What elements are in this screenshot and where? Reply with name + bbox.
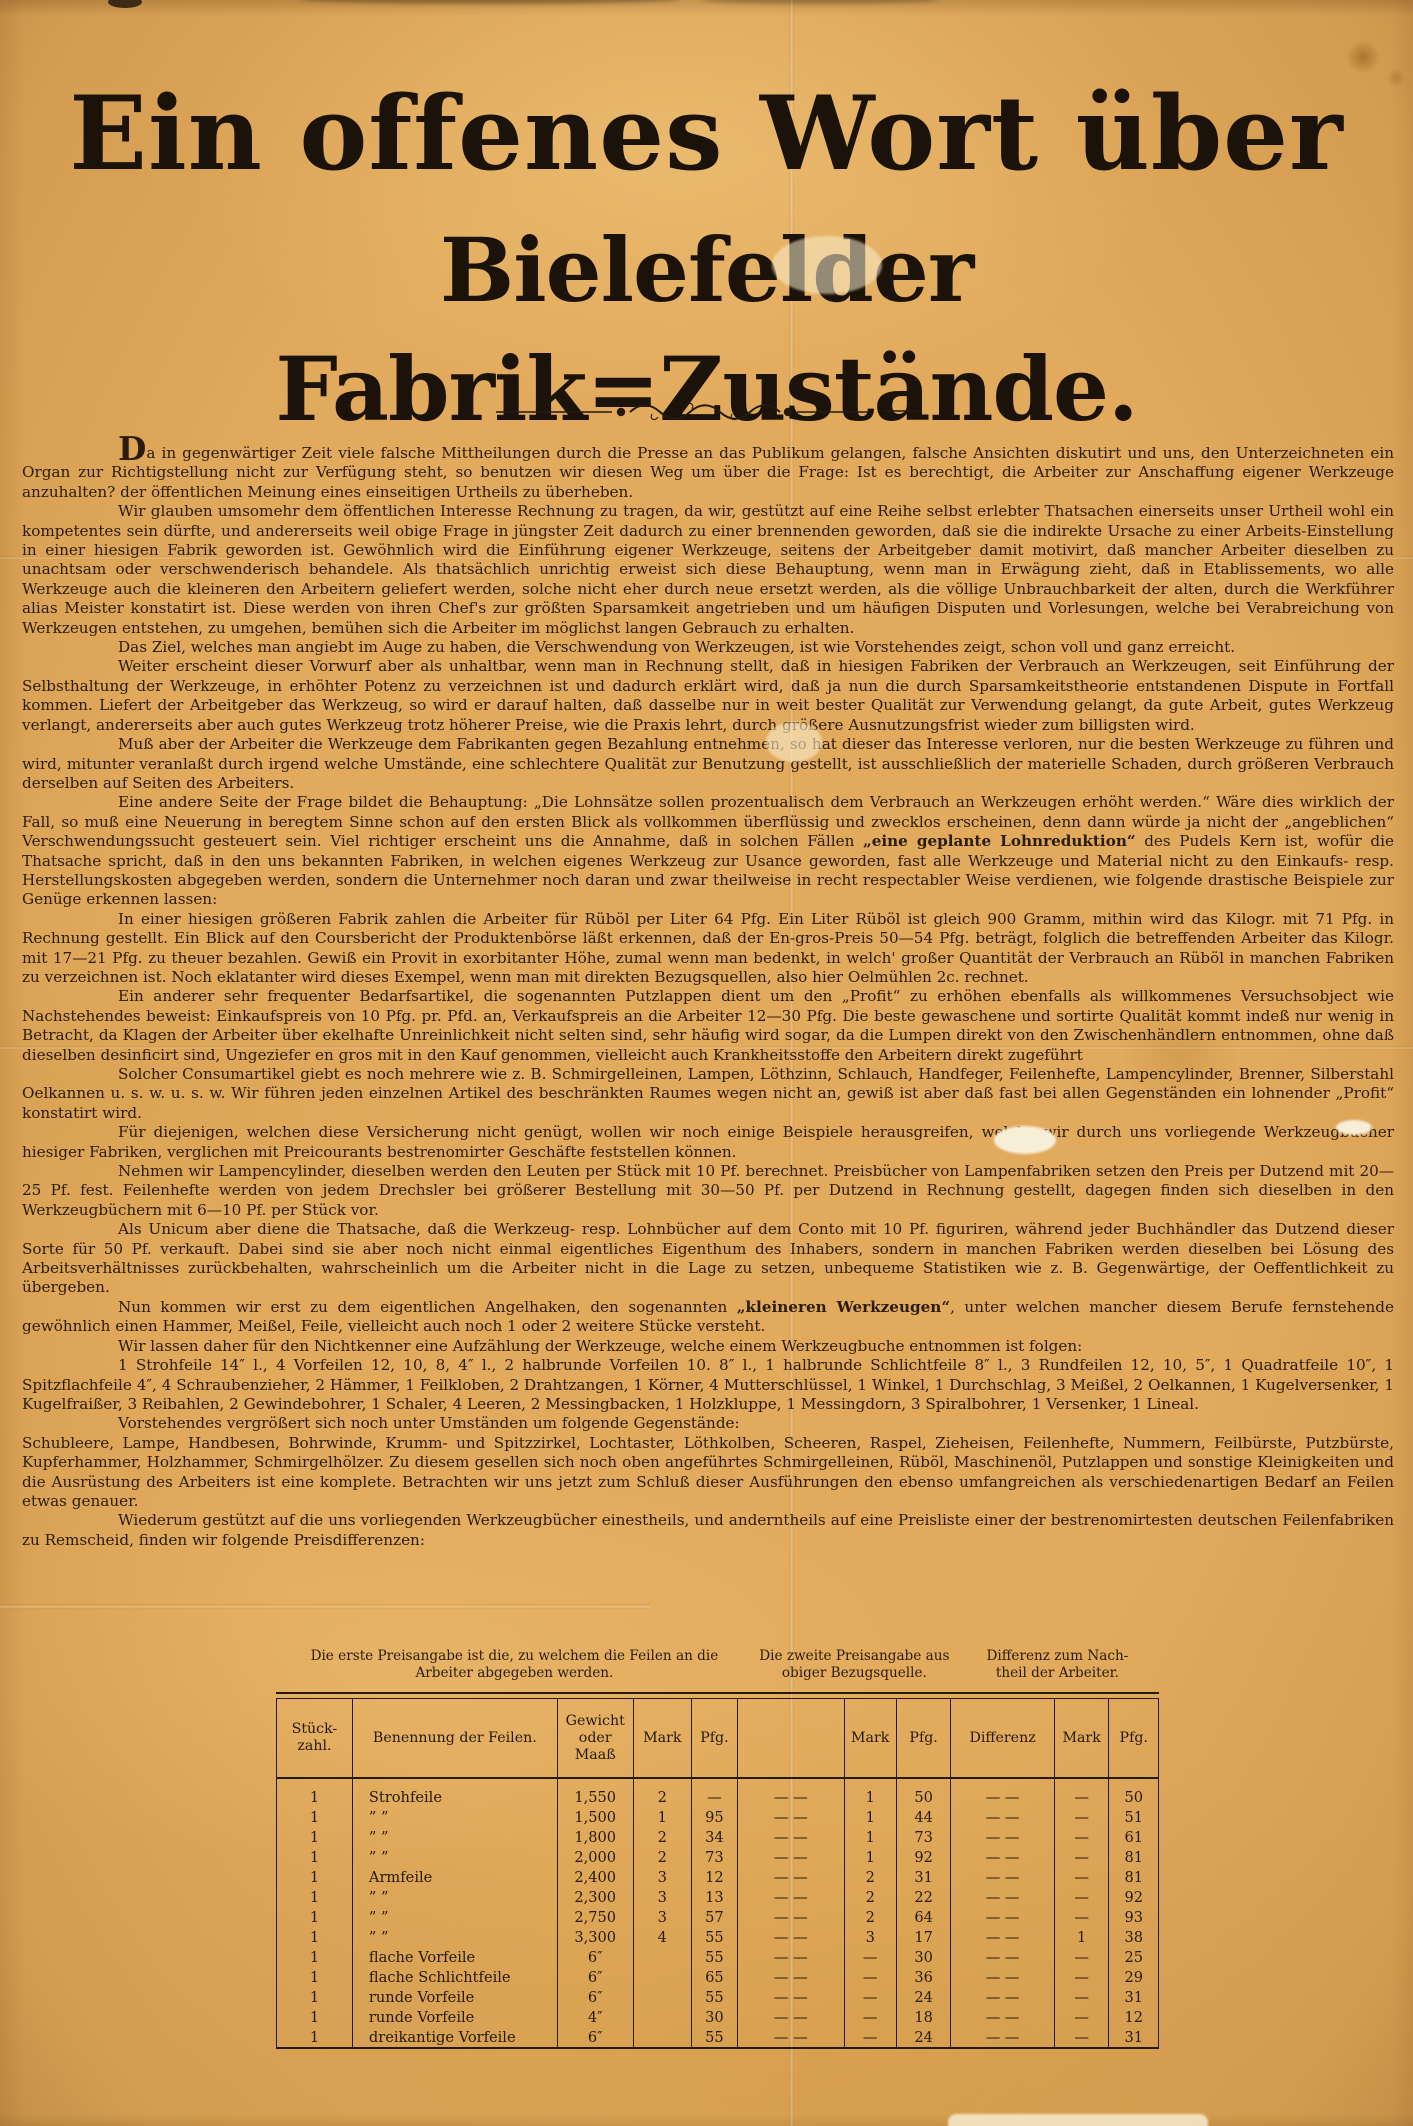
table-cell: — — bbox=[951, 1887, 1054, 1907]
price-table-section: Die erste Preisangabe ist die, zu welche… bbox=[276, 1648, 1159, 2049]
table-cell: 1,800 bbox=[557, 1827, 633, 1847]
table-cell: 31 bbox=[1109, 1987, 1159, 2007]
table-cell: — bbox=[844, 2027, 896, 2048]
table-cell: — — bbox=[737, 2027, 844, 2048]
table-cell: Armfeile bbox=[352, 1867, 557, 1887]
price-table: Stück- zahl. Benennung der Feilen. Gewic… bbox=[276, 1699, 1159, 2049]
paragraph: Das Ziel, welches man angiebt im Auge zu… bbox=[22, 638, 1394, 657]
table-cell: 1 bbox=[277, 1778, 353, 1807]
table-cell: 61 bbox=[1109, 1827, 1159, 1847]
table-cell: — — bbox=[951, 1807, 1054, 1827]
table-cell: flache Vorfeile bbox=[352, 1947, 557, 1967]
text-run: Nehmen wir Lampencylinder, dieselben wer… bbox=[22, 1162, 1394, 1219]
table-cell: 1 bbox=[277, 2027, 353, 2048]
text-run: Ein anderer sehr frequenter Bedarfsartik… bbox=[22, 987, 1394, 1063]
text-run: Wir lassen daher für den Nichtkenner ein… bbox=[118, 1337, 1082, 1355]
flourish-divider-icon bbox=[0, 400, 1413, 428]
table-cell: 73 bbox=[896, 1827, 951, 1847]
column-header: Mark bbox=[1054, 1699, 1109, 1778]
table-cell: 25 bbox=[1109, 1947, 1159, 1967]
paper-damage-spot bbox=[994, 1126, 1056, 1154]
table-cell: 64 bbox=[896, 1907, 951, 1927]
table-cell: — — bbox=[951, 1778, 1054, 1807]
table-cell: 2 bbox=[633, 1827, 691, 1847]
table-cell: — bbox=[844, 2007, 896, 2027]
paragraph: Wiederum gestützt auf die uns vorliegend… bbox=[22, 1511, 1394, 1550]
text-run: Weiter erscheint dieser Vorwurf aber als… bbox=[22, 657, 1394, 733]
table-cell: 13 bbox=[691, 1887, 737, 1907]
emphasized-text: „kleineren Werkzeugen“ bbox=[737, 1298, 950, 1316]
table-cell: 24 bbox=[896, 1987, 951, 2007]
table-row: 1runde Vorfeile6″55— ——24— ——31 bbox=[277, 1987, 1159, 2007]
table-cell: — bbox=[691, 1778, 737, 1807]
table-cell: 34 bbox=[691, 1827, 737, 1847]
table-cell: 12 bbox=[1109, 2007, 1159, 2027]
table-cell: 2 bbox=[844, 1907, 896, 1927]
table-cell: 3 bbox=[844, 1927, 896, 1947]
table-row: 1flache Schlichtfeile6″65— ——36— ——29 bbox=[277, 1967, 1159, 1987]
text-run: Als Unicum aber diene die Thatsache, daß… bbox=[22, 1220, 1394, 1296]
table-row: 1flache Vorfeile6″55— ——30— ——25 bbox=[277, 1947, 1159, 1967]
table-cell: 2 bbox=[633, 1847, 691, 1867]
table-cell: 55 bbox=[691, 1947, 737, 1967]
table-cell: 24 bbox=[896, 2027, 951, 2048]
table-cell: — — bbox=[737, 1947, 844, 1967]
table-cell: 1 bbox=[277, 1807, 353, 1827]
table-cell: — — bbox=[951, 1987, 1054, 2007]
table-cell: 6″ bbox=[557, 1947, 633, 1967]
table-cell: 1 bbox=[277, 1847, 353, 1867]
table-cell: 92 bbox=[896, 1847, 951, 1867]
paper-damage-spot bbox=[766, 722, 822, 762]
table-cell: 65 bbox=[691, 1967, 737, 1987]
table-cell: 2 bbox=[633, 1778, 691, 1807]
broadsheet-page: Ein offenes Wort über Bielefelder Fabrik… bbox=[0, 0, 1413, 2126]
paragraph: Schubleere, Lampe, Handbesen, Bohrwinde,… bbox=[22, 1434, 1394, 1512]
table-cell: 51 bbox=[1109, 1807, 1159, 1827]
table-row: 1” ”3,300455— —317— —138 bbox=[277, 1927, 1159, 1947]
table-cell: 1 bbox=[277, 1907, 353, 1927]
paragraph: Als Unicum aber diene die Thatsache, daß… bbox=[22, 1220, 1394, 1298]
table-row: 1runde Vorfeile4″30— ——18— ——12 bbox=[277, 2007, 1159, 2027]
table-cell: 44 bbox=[896, 1807, 951, 1827]
table-cell bbox=[633, 1987, 691, 2007]
table-cell: — bbox=[844, 1987, 896, 2007]
table-cell: 92 bbox=[1109, 1887, 1159, 1907]
text-run: Solcher Consumartikel giebt es noch mehr… bbox=[22, 1065, 1394, 1122]
caption-second-price: Die zweite Preisangabe aus obiger Bezugs… bbox=[753, 1648, 956, 1682]
table-cell: — — bbox=[951, 2007, 1054, 2027]
table-cell: — bbox=[1054, 1907, 1109, 1927]
edge-smudge bbox=[300, 0, 680, 4]
column-header: Pfg. bbox=[1109, 1699, 1159, 1778]
table-cell: — — bbox=[737, 1967, 844, 1987]
table-cell: 95 bbox=[691, 1807, 737, 1827]
table-cell: — — bbox=[951, 1827, 1054, 1847]
table-cell: 22 bbox=[896, 1887, 951, 1907]
table-cell: — bbox=[844, 1967, 896, 1987]
paragraph: Vorstehendes vergrößert sich noch unter … bbox=[22, 1414, 1394, 1433]
table-cell: Strohfeile bbox=[352, 1778, 557, 1807]
edge-smudge bbox=[700, 0, 940, 4]
table-cell: 1 bbox=[844, 1807, 896, 1827]
caption-difference: Differenz zum Nach- theil der Arbeiter. bbox=[956, 1648, 1159, 1682]
table-cell: 55 bbox=[691, 1927, 737, 1947]
table-cell: — bbox=[1054, 1967, 1109, 1987]
table-row: 1” ”1,800234— —173— ——61 bbox=[277, 1827, 1159, 1847]
table-cell: 1 bbox=[277, 1967, 353, 1987]
table-captions: Die erste Preisangabe ist die, zu welche… bbox=[276, 1648, 1159, 1682]
table-cell: — bbox=[1054, 1887, 1109, 1907]
table-cell: 31 bbox=[896, 1867, 951, 1887]
text-run: Das Ziel, welches man angiebt im Auge zu… bbox=[118, 638, 1235, 656]
table-top-rule bbox=[276, 1692, 1159, 1699]
column-header: Mark bbox=[633, 1699, 691, 1778]
table-row: 1” ”2,000273— —192— ——81 bbox=[277, 1847, 1159, 1867]
table-cell: 55 bbox=[691, 1987, 737, 2007]
table-cell: 2,400 bbox=[557, 1867, 633, 1887]
table-cell: runde Vorfeile bbox=[352, 2007, 557, 2027]
text-run: a in gegenwärtiger Zeit viele falsche Mi… bbox=[22, 444, 1394, 501]
table-row: 1” ”2,300313— —222— ——92 bbox=[277, 1887, 1159, 1907]
table-cell: ” ” bbox=[352, 1807, 557, 1827]
table-cell: 50 bbox=[1109, 1778, 1159, 1807]
text-run: Vorstehendes vergrößert sich noch unter … bbox=[118, 1414, 740, 1432]
table-cell: 3 bbox=[633, 1887, 691, 1907]
column-header: Benennung der Feilen. bbox=[352, 1699, 557, 1778]
table-cell: 1 bbox=[633, 1807, 691, 1827]
table-cell: 4 bbox=[633, 1927, 691, 1947]
table-cell: 2 bbox=[844, 1887, 896, 1907]
horizontal-fold-crease bbox=[0, 1604, 650, 1609]
table-cell: 3,300 bbox=[557, 1927, 633, 1947]
paragraph: Für diejenigen, welchen diese Versicheru… bbox=[22, 1123, 1394, 1162]
table-cell: — — bbox=[951, 2027, 1054, 2048]
table-cell: — — bbox=[737, 1927, 844, 1947]
table-cell: 57 bbox=[691, 1907, 737, 1927]
text-run: In einer hiesigen größeren Fabrik zahlen… bbox=[22, 910, 1394, 986]
table-cell: 18 bbox=[896, 2007, 951, 2027]
table-cell: ” ” bbox=[352, 1887, 557, 1907]
table-cell: 31 bbox=[1109, 2027, 1159, 2048]
table-cell: — bbox=[1054, 1807, 1109, 1827]
text-run: Für diejenigen, welchen diese Versicheru… bbox=[22, 1123, 1394, 1160]
paper-damage-spot bbox=[1336, 1120, 1372, 1135]
table-cell: — — bbox=[737, 1827, 844, 1847]
table-cell: ” ” bbox=[352, 1907, 557, 1927]
table-cell: 1 bbox=[1054, 1927, 1109, 1947]
table-cell: ” ” bbox=[352, 1827, 557, 1847]
table-cell bbox=[633, 2027, 691, 2048]
column-header: Pfg. bbox=[691, 1699, 737, 1778]
table-cell: 30 bbox=[896, 1947, 951, 1967]
paragraph: Muß aber der Arbeiter die Werkzeuge dem … bbox=[22, 735, 1394, 793]
table-cell: 81 bbox=[1109, 1847, 1159, 1867]
column-header bbox=[737, 1699, 844, 1778]
paper-damage-spot bbox=[772, 236, 882, 294]
table-cell: 3 bbox=[633, 1907, 691, 1927]
table-cell: — bbox=[1054, 1987, 1109, 2007]
table-cell: 38 bbox=[1109, 1927, 1159, 1947]
table-cell: 81 bbox=[1109, 1867, 1159, 1887]
table-cell: — — bbox=[737, 1778, 844, 1807]
table-row: 1dreikantige Vorfeile6″55— ——24— ——31 bbox=[277, 2027, 1159, 2048]
table-cell: 1 bbox=[277, 1867, 353, 1887]
paragraph: Eine andere Seite der Frage bildet die B… bbox=[22, 793, 1394, 909]
table-cell: 73 bbox=[691, 1847, 737, 1867]
table-header-row: Stück- zahl. Benennung der Feilen. Gewic… bbox=[277, 1699, 1159, 1778]
table-cell: — — bbox=[951, 1947, 1054, 1967]
table-cell: 1 bbox=[844, 1778, 896, 1807]
table-cell: — bbox=[1054, 2007, 1109, 2027]
table-cell: 6″ bbox=[557, 2027, 633, 2048]
table-cell: 2 bbox=[844, 1867, 896, 1887]
table-cell: — bbox=[1054, 1778, 1109, 1807]
table-cell: runde Vorfeile bbox=[352, 1987, 557, 2007]
text-run: Wiederum gestützt auf die uns vorliegend… bbox=[22, 1511, 1394, 1548]
table-cell: flache Schlichtfeile bbox=[352, 1967, 557, 1987]
table-cell: — bbox=[844, 1947, 896, 1967]
table-cell: — — bbox=[737, 1987, 844, 2007]
table-cell: — — bbox=[737, 1807, 844, 1827]
paragraph: Nun kommen wir erst zu dem eigentlichen … bbox=[22, 1298, 1394, 1337]
table-row: 1Armfeile2,400312— —231— ——81 bbox=[277, 1867, 1159, 1887]
text-run: Nun kommen wir erst zu dem eigentlichen … bbox=[118, 1298, 737, 1316]
paragraph: Wir glauben umsomehr dem öffentlichen In… bbox=[22, 502, 1394, 638]
body-text: Da in gegenwärtiger Zeit viele falsche M… bbox=[22, 444, 1394, 1550]
poster-title-line1: Ein offenes Wort über bbox=[0, 58, 1413, 211]
table-cell: dreikantige Vorfeile bbox=[352, 2027, 557, 2048]
edge-smudge bbox=[108, 0, 142, 8]
paragraph: Wir lassen daher für den Nichtkenner ein… bbox=[22, 1337, 1394, 1356]
paper-damage-spot bbox=[948, 2114, 1208, 2126]
column-header: Pfg. bbox=[896, 1699, 951, 1778]
table-cell: — — bbox=[951, 1907, 1054, 1927]
table-cell bbox=[633, 1967, 691, 1987]
table-cell: — — bbox=[737, 1887, 844, 1907]
title-block: Ein offenes Wort über Bielefelder Fabrik… bbox=[0, 58, 1413, 449]
table-cell: 1 bbox=[844, 1847, 896, 1867]
paragraph: Da in gegenwärtiger Zeit viele falsche M… bbox=[22, 444, 1394, 502]
table-cell: 50 bbox=[896, 1778, 951, 1807]
paragraph: In einer hiesigen größeren Fabrik zahlen… bbox=[22, 910, 1394, 988]
table-cell bbox=[633, 2007, 691, 2027]
table-cell: — bbox=[1054, 1847, 1109, 1867]
paragraph: Ein anderer sehr frequenter Bedarfsartik… bbox=[22, 987, 1394, 1065]
table-cell: 1 bbox=[277, 1827, 353, 1847]
table-cell: 1 bbox=[277, 1887, 353, 1907]
table-cell: — — bbox=[951, 1927, 1054, 1947]
table-cell: — — bbox=[951, 1967, 1054, 1987]
table-cell: 6″ bbox=[557, 1987, 633, 2007]
table-cell: — — bbox=[951, 1867, 1054, 1887]
text-run: 1 Strohfeile 14″ l., 4 Vorfeilen 12, 10,… bbox=[22, 1356, 1394, 1413]
paragraph: Solcher Consumartikel giebt es noch mehr… bbox=[22, 1065, 1394, 1123]
table-cell: — — bbox=[737, 1847, 844, 1867]
column-header: Differenz bbox=[951, 1699, 1054, 1778]
table-row: 1” ”2,750357— —264— ——93 bbox=[277, 1907, 1159, 1927]
paragraph: Nehmen wir Lampencylinder, dieselben wer… bbox=[22, 1162, 1394, 1220]
paragraph: Weiter erscheint dieser Vorwurf aber als… bbox=[22, 657, 1394, 735]
table-cell: 30 bbox=[691, 2007, 737, 2027]
table-cell: 1 bbox=[277, 2007, 353, 2027]
table-cell: 1 bbox=[277, 1987, 353, 2007]
table-cell: 2,750 bbox=[557, 1907, 633, 1927]
table-cell bbox=[633, 1947, 691, 1967]
caption-first-price: Die erste Preisangabe ist die, zu welche… bbox=[276, 1648, 753, 1682]
table-cell: ” ” bbox=[352, 1927, 557, 1947]
table-cell: — — bbox=[737, 1867, 844, 1887]
table-cell: 17 bbox=[896, 1927, 951, 1947]
table-cell: 2,000 bbox=[557, 1847, 633, 1867]
table-cell: 2,300 bbox=[557, 1887, 633, 1907]
text-run: Wir glauben umsomehr dem öffentlichen In… bbox=[22, 502, 1394, 636]
table-cell: 36 bbox=[896, 1967, 951, 1987]
table-cell: — — bbox=[951, 1847, 1054, 1867]
column-header: Gewicht oder Maaß bbox=[557, 1699, 633, 1778]
table-cell: 1,500 bbox=[557, 1807, 633, 1827]
table-cell: 3 bbox=[633, 1867, 691, 1887]
table-row: 1Strohfeile1,5502—— —150— ——50 bbox=[277, 1778, 1159, 1807]
table-cell: — — bbox=[737, 1907, 844, 1927]
text-run: Schubleere, Lampe, Handbesen, Bohrwinde,… bbox=[22, 1434, 1394, 1510]
table-cell: 55 bbox=[691, 2027, 737, 2048]
column-header: Mark bbox=[844, 1699, 896, 1778]
table-row: 1” ”1,500195— —144— ——51 bbox=[277, 1807, 1159, 1827]
table-cell: 1,550 bbox=[557, 1778, 633, 1807]
table-cell: 4″ bbox=[557, 2007, 633, 2027]
table-cell: 1 bbox=[844, 1827, 896, 1847]
table-cell: 12 bbox=[691, 1867, 737, 1887]
table-cell: 29 bbox=[1109, 1967, 1159, 1987]
table-cell: 6″ bbox=[557, 1967, 633, 1987]
table-cell: — bbox=[1054, 1947, 1109, 1967]
table-cell: — bbox=[1054, 2027, 1109, 2048]
table-cell: 1 bbox=[277, 1927, 353, 1947]
table-cell: 93 bbox=[1109, 1907, 1159, 1927]
text-run: Muß aber der Arbeiter die Werkzeuge dem … bbox=[22, 735, 1394, 792]
paragraph: 1 Strohfeile 14″ l., 4 Vorfeilen 12, 10,… bbox=[22, 1356, 1394, 1414]
table-cell: — bbox=[1054, 1827, 1109, 1847]
table-cell: 1 bbox=[277, 1947, 353, 1967]
table-cell: ” ” bbox=[352, 1847, 557, 1867]
emphasized-text: „eine geplante Lohnreduktion“ bbox=[863, 832, 1136, 850]
table-cell: — — bbox=[737, 2007, 844, 2027]
table-cell: — bbox=[1054, 1867, 1109, 1887]
column-header: Stück- zahl. bbox=[277, 1699, 353, 1778]
drop-cap: D bbox=[118, 429, 146, 468]
